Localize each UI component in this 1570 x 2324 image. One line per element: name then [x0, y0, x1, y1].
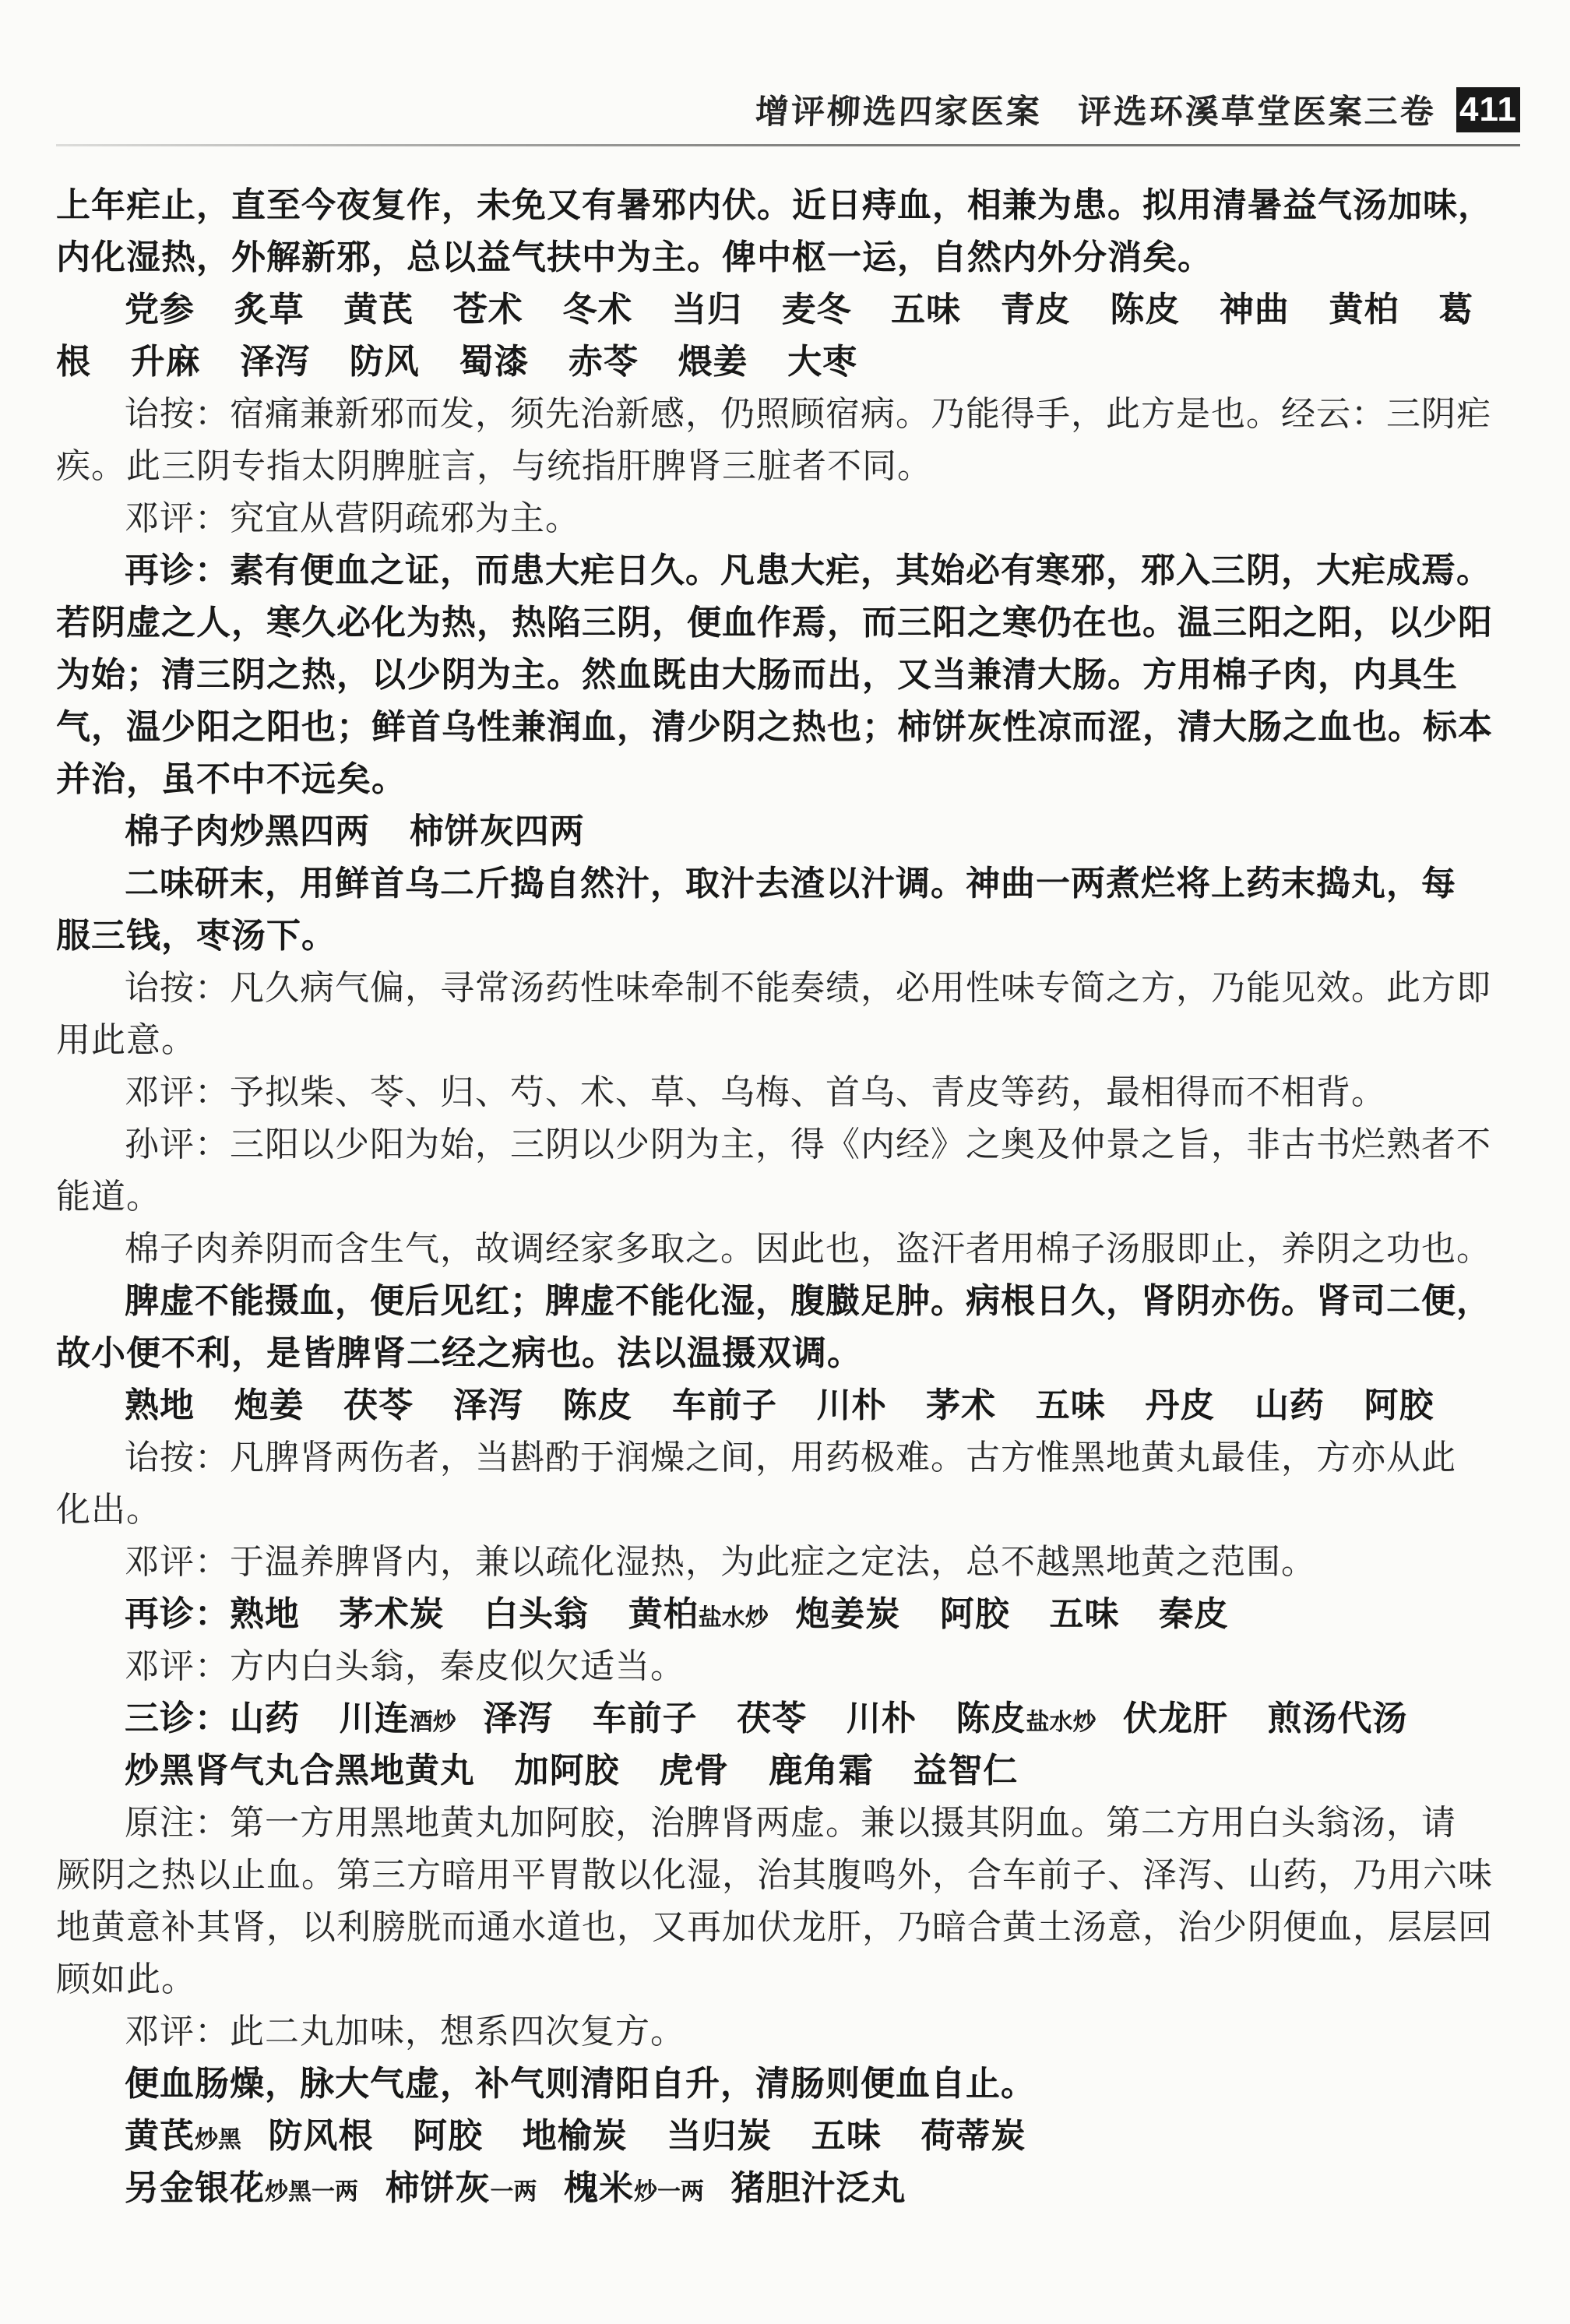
text-run: 加阿胶 — [515, 1752, 620, 1790]
text-line: 厥阴之热以止血。第三方暗用平胃散以化湿，治其腹鸣外，合车前子、泽泻、山药，乃用六… — [56, 1849, 1514, 1901]
preparation-dosage-note: 盐水炒 — [699, 1605, 769, 1631]
text-run: 五味 — [1036, 1386, 1106, 1424]
text-run: 五味 — [811, 2117, 882, 2155]
preparation-dosage-note: 一两 — [491, 2179, 537, 2205]
text-run: 根 — [56, 343, 91, 381]
text-run: 服三钱，枣汤下。 — [56, 917, 336, 955]
text-line: 邓评：方内白头翁，秦皮似欠适当。 — [56, 1640, 1514, 1692]
text-run: 车前子 — [593, 1699, 698, 1738]
preparation-dosage-note: 炒黑 — [195, 2127, 241, 2153]
text-run: 地黄意补其肾，以利膀胱而通水道也，又再加伏龙肝，乃暗合黄土汤意，治少阴便血，层层… — [56, 1908, 1493, 1946]
page-number-badge: 411 — [1456, 87, 1520, 132]
text-line: 化出。 — [56, 1484, 1514, 1536]
text-run: 升麻 — [131, 343, 201, 381]
text-run: 苍术 — [453, 290, 523, 329]
text-run: 二味研末，用鲜首乌二斤捣自然汁，取汁去渣以汁调。神曲一两煮烂将上药末捣丸，每 — [125, 864, 1456, 903]
text-run: 鹿角霜 — [769, 1752, 874, 1790]
text-run: 柿饼灰四两 — [410, 812, 585, 850]
text-run: 上年疟止，直至今夜复作，未免又有暑邪内伏。近日痔血，相兼为患。拟用清暑益气汤加味… — [56, 186, 1493, 224]
text-run: 若阴虚之人，寒久必化为热，热陷三阴，便血作焉，而三阳之寒仍在也。温三阳之阳，以少… — [56, 604, 1493, 642]
text-run: 三诊： — [125, 1699, 230, 1738]
text-line: 再诊：熟地茅术炭白头翁黄柏盐水炒炮姜炭阿胶五味秦皮 — [56, 1588, 1514, 1640]
text-line: 气，温少阳之阳也；鲜首乌性兼润血，清少阴之热也；柿饼灰性凉而涩，清大肠之血也。标… — [56, 701, 1514, 753]
text-line: 便血肠燥，脉大气虚，补气则清阳自升，清肠则便血自止。 — [56, 2058, 1514, 2110]
preparation-dosage-note: 炒黑一两 — [265, 2179, 358, 2205]
text-run: 化出。 — [56, 1491, 161, 1529]
text-line: 诒按：凡脾肾两伤者，当斟酌于润燥之间，用药极难。古方惟黑地黄丸最佳，方亦从此 — [56, 1431, 1514, 1484]
text-line: 棉子肉养阴而含生气，故调经家多取之。因此也，盗汗者用棉子汤服即止，养阴之功也。 — [56, 1223, 1514, 1275]
text-run: 麦冬 — [782, 290, 852, 329]
text-run: 孙评：三阳以少阳为始，三阴以少阴为主，得《内经》之奥及仲景之旨，非古书烂熟者不 — [125, 1125, 1491, 1164]
text-line: 地黄意补其肾，以利膀胱而通水道也，又再加伏龙肝，乃暗合黄土汤意，治少阴便血，层层… — [56, 1901, 1514, 1953]
text-line: 邓评：究宜从营阴疏邪为主。 — [56, 492, 1514, 544]
text-run: 川连 — [340, 1699, 410, 1738]
text-run: 脾虚不能摄血，便后见红；脾虚不能化湿，腹臌足肿。病根日久，肾阴亦伤。肾司二便， — [125, 1282, 1491, 1320]
text-run: 山药 — [230, 1699, 300, 1738]
text-run: 冬术 — [562, 290, 632, 329]
text-run: 益智仁 — [913, 1752, 1018, 1790]
text-line: 上年疟止，直至今夜复作，未免又有暑邪内伏。近日痔血，相兼为患。拟用清暑益气汤加味… — [56, 179, 1514, 231]
text-run: 疾。此三阴专指太阴脾脏言，与统指肝脾肾三脏者不同。 — [56, 447, 932, 485]
text-run: 邓评：于温养脾肾内，兼以疏化湿热，为此症之定法，总不越黑地黄之范围。 — [125, 1543, 1316, 1581]
text-run: 熟地 — [125, 1386, 195, 1424]
text-run: 邓评：究宜从营阴疏邪为主。 — [125, 499, 580, 537]
text-run: 邓评：方内白头翁，秦皮似欠适当。 — [125, 1647, 685, 1685]
text-line: 故小便不利，是皆脾肾二经之病也。法以温摄双调。 — [56, 1327, 1514, 1379]
text-run: 熟地 — [230, 1595, 300, 1633]
text-run: 当归炭 — [667, 2117, 772, 2155]
text-line: 用此意。 — [56, 1014, 1514, 1066]
text-run: 党参 — [125, 290, 195, 329]
text-run: 黄芪 — [125, 2117, 195, 2155]
running-title: 增评柳选四家医案 评选环溪草堂医案三卷 — [755, 86, 1437, 133]
text-line: 炒黑肾气丸合黑地黄丸加阿胶虎骨鹿角霜益智仁 — [56, 1745, 1514, 1797]
text-run: 防风根 — [269, 2117, 374, 2155]
text-run: 邓评：予拟柴、苓、归、芍、术、草、乌梅、首乌、青皮等药，最相得而不相背。 — [125, 1073, 1386, 1111]
text-run: 赤苓 — [569, 343, 639, 381]
page-body: 上年疟止，直至今夜复作，未免又有暑邪内伏。近日痔血，相兼为患。拟用清暑益气汤加味… — [56, 179, 1514, 2214]
text-run: 炙草 — [234, 290, 304, 329]
text-run: 荷蒂炭 — [921, 2117, 1026, 2155]
text-run: 炮姜炭 — [795, 1595, 900, 1633]
text-run: 猪胆汁泛丸 — [731, 2169, 906, 2207]
text-line: 党参炙草黄芪苍术冬术当归麦冬五味青皮陈皮神曲黄柏葛 — [56, 283, 1514, 336]
text-run: 诒按：宿痛兼新邪而发，须先治新感，仍照顾宿病。乃能得手，此方是也。经云：三阴疟 — [125, 395, 1491, 433]
text-run: 阿胶 — [940, 1595, 1010, 1633]
text-run: 车前子 — [672, 1386, 777, 1424]
text-run: 煎汤代汤 — [1268, 1699, 1408, 1738]
text-run: 大枣 — [787, 343, 857, 381]
text-line: 顾如此。 — [56, 1953, 1514, 2005]
text-line: 熟地炮姜茯苓泽泻陈皮车前子川朴茅术五味丹皮山药阿胶 — [56, 1379, 1514, 1431]
text-run: 丹皮 — [1145, 1386, 1215, 1424]
text-run: 葛 — [1438, 290, 1473, 329]
text-line: 脾虚不能摄血，便后见红；脾虚不能化湿，腹臌足肿。病根日久，肾阴亦伤。肾司二便， — [56, 1275, 1514, 1327]
text-run: 厥阴之热以止血。第三方暗用平胃散以化湿，治其腹鸣外，合车前子、泽泻、山药，乃用六… — [56, 1856, 1493, 1894]
text-run: 诒按：凡久病气偏，寻常汤药性味牵制不能奏绩，必用性味专简之方，乃能见效。此方即 — [125, 969, 1491, 1007]
text-run: 茅术 — [926, 1386, 996, 1424]
text-line: 三诊：山药川连酒炒泽泻车前子茯苓川朴陈皮盐水炒伏龙肝煎汤代汤 — [56, 1692, 1514, 1745]
text-line: 诒按：凡久病气偏，寻常汤药性味牵制不能奏绩，必用性味专简之方，乃能见效。此方即 — [56, 962, 1514, 1014]
text-line: 另金银花炒黑一两柿饼灰一两槐米炒一两猪胆汁泛丸 — [56, 2162, 1514, 2214]
text-run: 地榆炭 — [523, 2117, 628, 2155]
text-run: 棉子肉炒黑四两 — [125, 812, 370, 850]
text-run: 另金银花 — [125, 2169, 265, 2207]
text-run: 川朴 — [817, 1386, 887, 1424]
text-line: 黄芪炒黑防风根阿胶地榆炭当归炭五味荷蒂炭 — [56, 2110, 1514, 2162]
text-run: 黄芪 — [343, 290, 414, 329]
text-run: 山药 — [1255, 1386, 1325, 1424]
text-run: 故小便不利，是皆脾肾二经之病也。法以温摄双调。 — [56, 1334, 862, 1372]
text-line: 棉子肉炒黑四两柿饼灰四两 — [56, 805, 1514, 857]
text-run: 蜀漆 — [459, 343, 529, 381]
text-run: 茯苓 — [343, 1386, 414, 1424]
text-line: 再诊：素有便血之证，而患大疟日久。凡患大疟，其始必有寒邪，邪入三阴，大疟成焉。 — [56, 544, 1514, 597]
text-run: 阿胶 — [1364, 1386, 1434, 1424]
page-header: 增评柳选四家医案 评选环溪草堂医案三卷 411 — [0, 0, 1570, 133]
text-run: 陈皮 — [1110, 290, 1180, 329]
text-line: 服三钱，枣汤下。 — [56, 910, 1514, 962]
text-run: 青皮 — [1001, 290, 1071, 329]
text-run: 便血肠燥，脉大气虚，补气则清阳自升，清肠则便血自止。 — [125, 2065, 1036, 2103]
text-run: 五味 — [891, 290, 961, 329]
preparation-dosage-note: 酒炒 — [410, 1710, 456, 1735]
text-run: 炮姜 — [234, 1386, 304, 1424]
text-line: 原注：第一方用黑地黄丸加阿胶，治脾肾两虚。兼以摄其阴血。第二方用白头翁汤，请 — [56, 1797, 1514, 1849]
text-run: 煨姜 — [678, 343, 748, 381]
text-run: 再诊：素有便血之证，而患大疟日久。凡患大疟，其始必有寒邪，邪入三阴，大疟成焉。 — [125, 551, 1491, 590]
book-page: 增评柳选四家医案 评选环溪草堂医案三卷 411 上年疟止，直至今夜复作，未免又有… — [0, 0, 1570, 2324]
text-run: 槐米 — [564, 2169, 634, 2207]
text-run: 茯苓 — [737, 1699, 807, 1738]
text-run: 泽泻 — [483, 1699, 553, 1738]
text-run: 秦皮 — [1159, 1595, 1229, 1633]
preparation-dosage-note: 盐水炒 — [1026, 1710, 1096, 1735]
text-run: 能道。 — [56, 1178, 161, 1216]
text-line: 根升麻泽泻防风蜀漆赤苓煨姜大枣 — [56, 336, 1514, 388]
text-run: 柿饼灰 — [385, 2169, 491, 2207]
text-line: 邓评：于温养脾肾内，兼以疏化湿热，为此症之定法，总不越黑地黄之范围。 — [56, 1536, 1514, 1588]
text-run: 棉子肉养阴而含生气，故调经家多取之。因此也，盗汗者用棉子汤服即止，养阴之功也。 — [125, 1230, 1491, 1268]
text-line: 疾。此三阴专指太阴脾脏言，与统指肝脾肾三脏者不同。 — [56, 440, 1514, 492]
text-line: 孙评：三阳以少阳为始，三阴以少阴为主，得《内经》之奥及仲景之旨，非古书烂熟者不 — [56, 1118, 1514, 1171]
header-rule — [56, 144, 1520, 146]
text-run: 阿胶 — [413, 2117, 483, 2155]
text-run: 顾如此。 — [56, 1960, 196, 1998]
text-run: 黄柏 — [628, 1595, 699, 1633]
text-run: 当归 — [672, 290, 742, 329]
text-run: 泽泻 — [453, 1386, 523, 1424]
text-run: 陈皮 — [956, 1699, 1026, 1738]
text-run: 伏龙肝 — [1123, 1699, 1228, 1738]
text-run: 气，温少阳之阳也；鲜首乌性兼润血，清少阴之热也；柿饼灰性凉而涩，清大肠之血也。标… — [56, 708, 1493, 746]
text-line: 若阴虚之人，寒久必化为热，热陷三阴，便血作焉，而三阳之寒仍在也。温三阳之阳，以少… — [56, 597, 1514, 649]
text-run: 诒按：凡脾肾两伤者，当斟酌于润燥之间，用药极难。古方惟黑地黄丸最佳，方亦从此 — [125, 1438, 1456, 1477]
text-run: 虎骨 — [659, 1752, 729, 1790]
text-line: 诒按：宿痛兼新邪而发，须先治新感，仍照顾宿病。乃能得手，此方是也。经云：三阴疟 — [56, 388, 1514, 440]
text-run: 五味 — [1049, 1595, 1119, 1633]
text-line: 二味研末，用鲜首乌二斤捣自然汁，取汁去渣以汁调。神曲一两煮烂将上药末捣丸，每 — [56, 857, 1514, 910]
text-line: 内化湿热，外解新邪，总以益气扶中为主。俾中枢一运，自然内外分消矣。 — [56, 231, 1514, 283]
preparation-dosage-note: 炒一两 — [634, 2179, 704, 2205]
text-run: 白头翁 — [484, 1595, 589, 1633]
text-run: 邓评：此二丸加味，想系四次复方。 — [125, 2012, 685, 2051]
text-run: 再诊： — [125, 1595, 230, 1633]
text-run: 川朴 — [847, 1699, 917, 1738]
text-line: 能道。 — [56, 1171, 1514, 1223]
text-run: 炒黑肾气丸合黑地黄丸 — [125, 1752, 475, 1790]
text-run: 内化湿热，外解新邪，总以益气扶中为主。俾中枢一运，自然内外分消矣。 — [56, 238, 1213, 276]
text-run: 神曲 — [1220, 290, 1290, 329]
text-run: 原注：第一方用黑地黄丸加阿胶，治脾肾两虚。兼以摄其阴血。第二方用白头翁汤，请 — [125, 1804, 1456, 1842]
text-line: 邓评：予拟柴、苓、归、芍、术、草、乌梅、首乌、青皮等药，最相得而不相背。 — [56, 1066, 1514, 1118]
text-run: 为始；清三阴之热，以少阴为主。然血既由大肠而出，又当兼清大肠。方用棉子肉，内具生 — [56, 656, 1458, 694]
text-line: 并治，虽不中不远矣。 — [56, 753, 1514, 805]
text-run: 黄柏 — [1329, 290, 1399, 329]
text-run: 泽泻 — [240, 343, 310, 381]
text-line: 为始；清三阴之热，以少阴为主。然血既由大肠而出，又当兼清大肠。方用棉子肉，内具生 — [56, 649, 1514, 701]
text-run: 并治，虽不中不远矣。 — [56, 760, 407, 798]
text-run: 防风 — [350, 343, 420, 381]
text-run: 茅术炭 — [340, 1595, 445, 1633]
text-run: 陈皮 — [562, 1386, 632, 1424]
text-run: 用此意。 — [56, 1021, 196, 1059]
text-line: 邓评：此二丸加味，想系四次复方。 — [56, 2005, 1514, 2058]
